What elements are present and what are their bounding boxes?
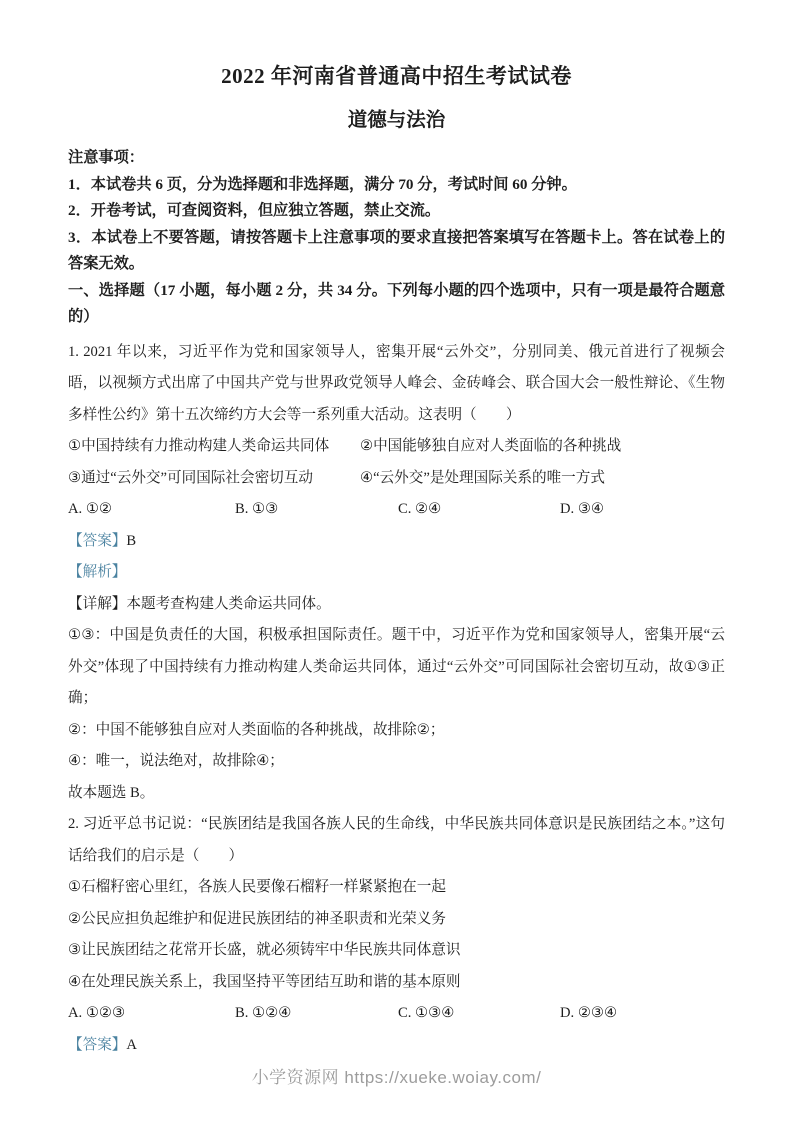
notice-item-2: 2．开卷考试，可查阅资料，但应独立答题，禁止交流。 — [68, 198, 725, 225]
question-1-option-2: ②中国能够独自应对人类面临的各种挑战 — [360, 431, 725, 463]
question-1-answer-line: 【答案】B — [68, 526, 725, 558]
notice-heading: 注意事项： — [68, 145, 725, 172]
detail-label: 【详解】 — [68, 596, 126, 612]
question-1-explanation-1: ①③：中国是负责任的大国，积极承担国际责任。题干中，习近平作为党和国家领导人，密… — [68, 620, 725, 715]
question-1-choice-c: C. ②④ — [398, 494, 560, 526]
notice-section: 注意事项： 1．本试卷共 6 页，分为选择题和非选择题，满分 70 分，考试时间… — [68, 145, 725, 331]
question-1-explanation-4: 故本题选 B。 — [68, 778, 725, 810]
question-2-choice-d: D. ②③④ — [560, 998, 725, 1030]
question-1-answer-value: B — [126, 533, 136, 549]
section-heading: 一、选择题（17 小题，每小题 2 分，共 34 分。下列每小题的四个选项中，只… — [68, 278, 725, 331]
analysis-label: 【解析】 — [68, 564, 126, 580]
question-2-choice-a: A. ①②③ — [68, 998, 235, 1030]
question-2-answer-value: A — [126, 1037, 137, 1053]
question-1-option-4: ④“云外交”是处理国际关系的唯一方式 — [360, 463, 725, 495]
question-2-option-2: ②公民应担负起维护和促进民族团结的神圣职责和光荣义务 — [68, 904, 725, 936]
answer-label: 【答案】 — [68, 1037, 126, 1053]
site-url[interactable]: https://xueke.woiay.com/ — [344, 1068, 541, 1087]
question-1-option-row-1: ①中国持续有力推动构建人类命运共同体 ②中国能够独自应对人类面临的各种挑战 — [68, 431, 725, 463]
notice-item-1: 1．本试卷共 6 页，分为选择题和非选择题，满分 70 分，考试时间 60 分钟… — [68, 172, 725, 199]
question-2-answer-line: 【答案】A — [68, 1030, 725, 1062]
question-1-explanation-3: ④：唯一，说法绝对，故排除④； — [68, 746, 725, 778]
site-name: 小学资源网 — [252, 1068, 340, 1087]
question-2-option-3: ③让民族团结之花常开长盛，就必须铸牢中华民族共同体意识 — [68, 935, 725, 967]
question-1-detail-line: 【详解】本题考查构建人类命运共同体。 — [68, 589, 725, 621]
question-1-choices: A. ①② B. ①③ C. ②④ D. ③④ — [68, 494, 725, 526]
doc-title: 2022 年河南省普通高中招生考试试卷 — [68, 0, 725, 90]
question-1-option-1: ①中国持续有力推动构建人类命运共同体 — [68, 431, 360, 463]
exam-page: 2022 年河南省普通高中招生考试试卷 道德与法治 注意事项： 1．本试卷共 6… — [0, 0, 793, 1122]
question-2-option-4: ④在处理民族关系上，我国坚持平等团结互助和谐的基本原则 — [68, 967, 725, 999]
question-1-explanation-2: ②：中国不能够独自应对人类面临的各种挑战，故排除②； — [68, 715, 725, 747]
question-2-stem: 2. 习近平总书记说：“民族团结是我国各族人民的生命线，中华民族共同体意识是民族… — [68, 809, 725, 872]
question-1-option-3: ③通过“云外交”可同国际社会密切互动 — [68, 463, 360, 495]
question-1-choice-a: A. ①② — [68, 494, 235, 526]
question-2-choices: A. ①②③ B. ①②④ C. ①③④ D. ②③④ — [68, 998, 725, 1030]
question-1-option-row-2: ③通过“云外交”可同国际社会密切互动 ④“云外交”是处理国际关系的唯一方式 — [68, 463, 725, 495]
question-1-choice-b: B. ①③ — [235, 494, 398, 526]
questions-area: 1. 2021 年以来，习近平作为党和国家领导人，密集开展“云外交”，分别同美、… — [68, 337, 725, 1062]
question-1-stem: 1. 2021 年以来，习近平作为党和国家领导人，密集开展“云外交”，分别同美、… — [68, 337, 725, 432]
question-2: 2. 习近平总书记说：“民族团结是我国各族人民的生命线，中华民族共同体意识是民族… — [68, 809, 725, 1061]
question-1: 1. 2021 年以来，习近平作为党和国家领导人，密集开展“云外交”，分别同美、… — [68, 337, 725, 810]
answer-label: 【答案】 — [68, 533, 126, 549]
question-1-detail-text: 本题考查构建人类命运共同体。 — [126, 596, 330, 612]
question-2-choice-c: C. ①③④ — [398, 998, 560, 1030]
notice-item-3: 3．本试卷上不要答题，请按答题卡上注意事项的要求直接把答案填写在答题卡上。答在试… — [68, 225, 725, 278]
question-1-choice-d: D. ③④ — [560, 494, 725, 526]
page-content: 2022 年河南省普通高中招生考试试卷 道德与法治 注意事项： 1．本试卷共 6… — [0, 0, 793, 1061]
question-2-option-1: ①石榴籽密心里红，各族人民要像石榴籽一样紧紧抱在一起 — [68, 872, 725, 904]
question-2-choice-b: B. ①②④ — [235, 998, 398, 1030]
site-footer: 小学资源网 https://xueke.woiay.com/ — [0, 1063, 793, 1088]
doc-subject: 道德与法治 — [68, 104, 725, 132]
question-1-analysis-line: 【解析】 — [68, 557, 725, 589]
